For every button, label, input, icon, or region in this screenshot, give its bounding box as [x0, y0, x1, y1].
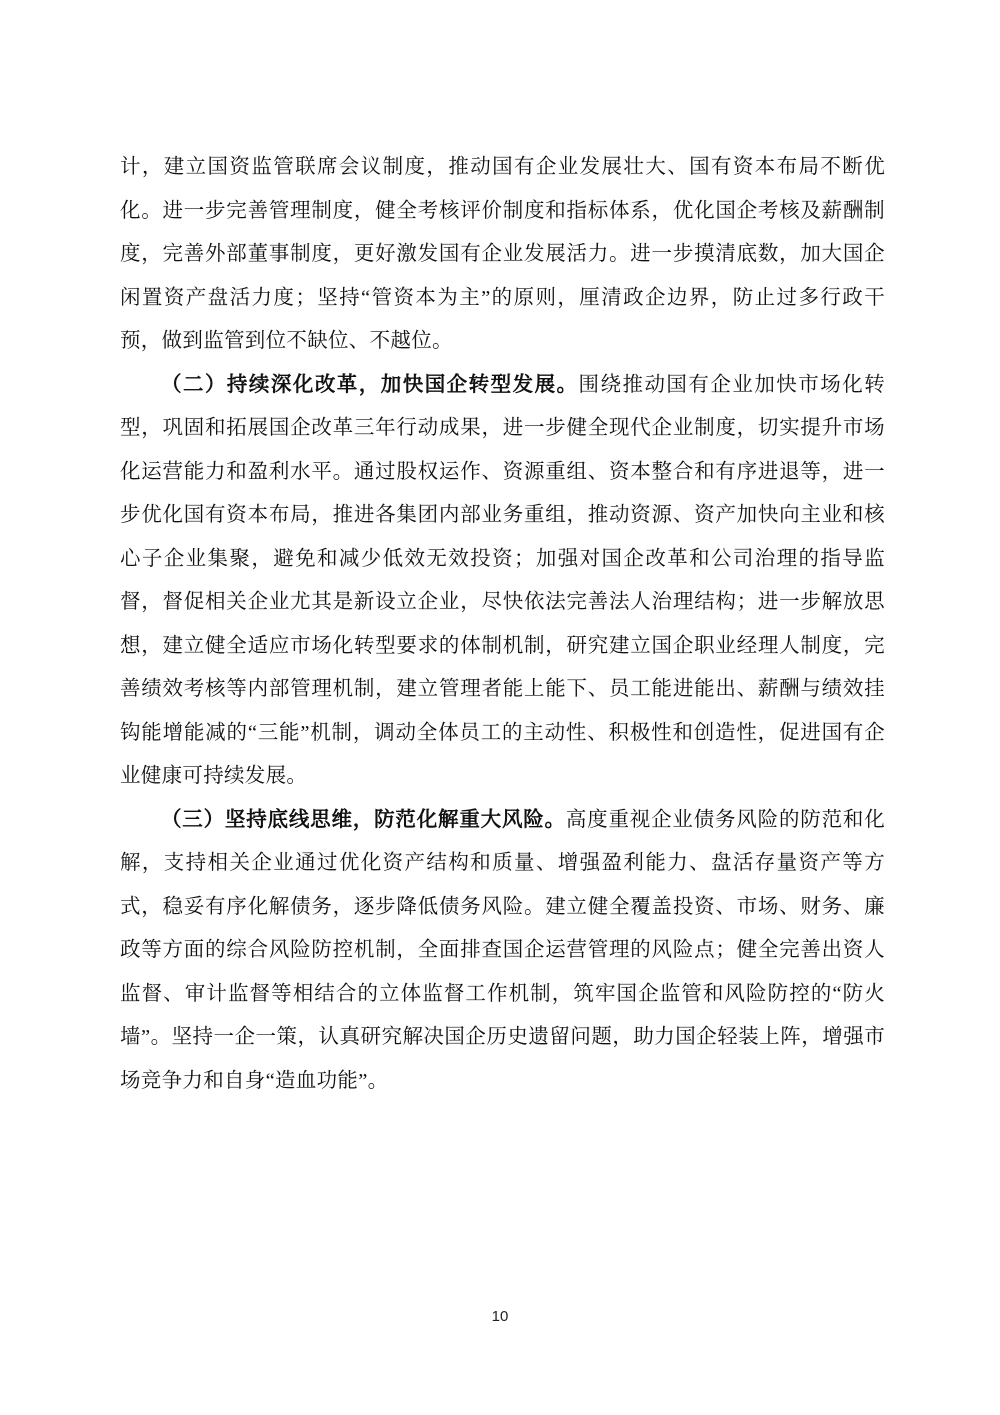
document-page: 计，建立国资监管联席会议制度，推动国有企业发展壮大、国有资本布局不断优化。进一步… [0, 0, 1000, 1415]
paragraph-text: 高度重视企业债务风险的防范和化解，支持相关企业通过优化资产结构和质量、增强盈利能… [120, 809, 885, 1092]
paragraph-continuation: 计，建立国资监管联席会议制度，推动国有企业发展壮大、国有资本布局不断优化。进一步… [120, 146, 885, 364]
paragraph-text: 围绕推动国有企业加快市场化转型，巩固和拓展国企改革三年行动成果，进一步健全现代企… [120, 374, 885, 788]
paragraph-heading: （二）持续深化改革，加快国企转型发展。 [161, 374, 579, 396]
page-number: 10 [0, 1308, 1000, 1325]
page-content: 计，建立国资监管联席会议制度，推动国有企业发展壮大、国有资本布局不断优化。进一步… [120, 146, 885, 1103]
paragraph-heading: （三）坚持底线思维，防范化解重大风险。 [161, 809, 566, 831]
paragraph-section-3: （三）坚持底线思维，防范化解重大风险。高度重视企业债务风险的防范和化解，支持相关… [120, 799, 885, 1104]
paragraph-section-2: （二）持续深化改革，加快国企转型发展。围绕推动国有企业加快市场化转型，巩固和拓展… [120, 364, 885, 799]
paragraph-text: 计，建立国资监管联席会议制度，推动国有企业发展壮大、国有资本布局不断优化。进一步… [120, 156, 885, 352]
